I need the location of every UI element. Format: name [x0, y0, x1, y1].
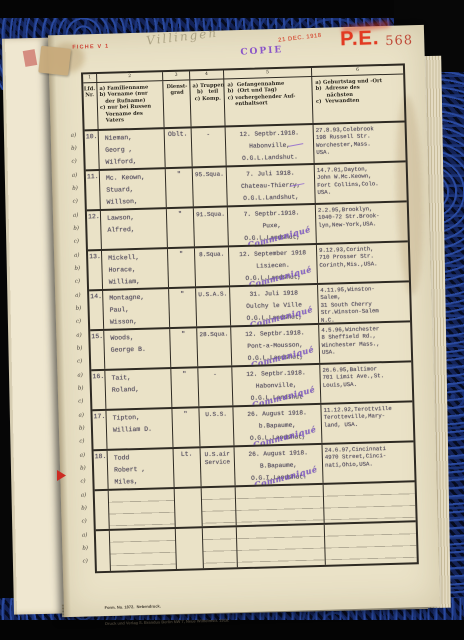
- header-gefangennahme: a) Gefangennahme b) (Ort und Tag) c) vor…: [224, 77, 313, 125]
- margin-label: c): [75, 279, 80, 285]
- margin-label: c): [76, 319, 81, 325]
- cell-capture: 26. August 1918. b.Bapaume, O.G.L.Landsh…: [233, 405, 322, 445]
- handwritten-annotation: Communiqué: [246, 223, 312, 245]
- cell-name: Nieman, Georg , Wilford,: [99, 129, 166, 169]
- table-rows: a)b)c)10.Nieman, Georg , Wilford,Oblt.-1…: [85, 122, 417, 571]
- handwritten-annotation: Communiqué: [253, 463, 319, 485]
- cell-birth: 2.2.95,Brooklyn, 1040-72 Str.Brook- lyn,…: [316, 202, 408, 243]
- cell-empty: [176, 528, 204, 569]
- margin-label: a): [77, 373, 83, 379]
- background-bottom: [0, 620, 464, 640]
- cell-birth: 4.11.95,Winston- Salem, 31 South Cherry …: [318, 282, 410, 323]
- margin-label: a): [82, 532, 88, 538]
- cell-name: Todd Robert , Miles,: [108, 449, 175, 489]
- column-number: 3: [163, 71, 190, 80]
- cell-capture: 31. Juli 1918 Oulchy le Ville O.G.L.Land…: [230, 285, 319, 325]
- cell-empty: [237, 525, 326, 567]
- margin-label: c): [73, 199, 78, 205]
- cell-name: Mc. Keown, Stuard, Willson,: [100, 169, 167, 209]
- margin-label: a): [81, 492, 87, 498]
- row-margin-labels: a)b)c): [77, 371, 90, 409]
- cell-capture: 12. September 1918 Lisiecen. O.G.L.Lands…: [229, 245, 318, 285]
- margin-label: b): [80, 465, 86, 471]
- margin-label: a): [71, 133, 77, 139]
- copie-stamp: COPIE: [240, 45, 283, 58]
- cell-birth: 24.6.97,Cincinnati 4970 Street,Cinci- na…: [322, 442, 414, 483]
- handwritten-annotation: Communiqué: [250, 343, 316, 365]
- margin-label: c): [74, 239, 79, 245]
- cell-capture: 7. Juli 1918. Chateau-Thierry, O.G.L.Lan…: [227, 165, 316, 205]
- margin-label: a): [80, 452, 86, 458]
- cell-empty: [236, 485, 325, 525]
- cell-rank: ": [169, 288, 197, 327]
- handwritten-annotation: Communiqué: [252, 423, 318, 445]
- red-paper-scrap: [23, 49, 38, 67]
- cell-rank: ": [166, 168, 194, 207]
- cell-rank: ": [168, 248, 196, 287]
- cell-number: 11.: [86, 171, 101, 209]
- row-margin-labels: a)b)c): [80, 451, 93, 489]
- cell-number: 18.: [94, 451, 109, 489]
- margin-label: c): [77, 359, 82, 365]
- cell-capture: 12. Septbr.1918. Habonville, O.G.L.Lands…: [232, 365, 321, 405]
- margin-label: b): [78, 386, 84, 392]
- row-margin-labels: a)b)c): [73, 211, 86, 249]
- tape-patch: [38, 46, 71, 76]
- margin-label: c): [78, 399, 83, 405]
- cell-number: 13.: [88, 251, 103, 289]
- margin-label: a): [76, 333, 82, 339]
- cell-capture: 12. Septbr.1918. Pont-a-Mousson, O.G.L.L…: [231, 325, 320, 365]
- row-margin-labels: a)b)c): [82, 531, 95, 571]
- cell-empty: [109, 489, 176, 529]
- cell-capture: 26. August 1918. B.Bapaume, O.G.I.Landsh…: [235, 445, 324, 485]
- date-stamp: 21 DEC. 1918: [278, 33, 322, 44]
- margin-label: b): [73, 226, 79, 232]
- column-number: 1: [83, 74, 97, 82]
- form-印-note: Form. No. 1872. Nebendruck. Druck und Ve…: [98, 597, 230, 632]
- header-geburtstag: a) Geburtstag und -Ort b) Adresse des nä…: [312, 74, 404, 123]
- cell-empty: [95, 491, 110, 529]
- cell-birth: 27.8.93,Colebrook 198 Russell Str. Worch…: [314, 122, 406, 163]
- cell-birth: 26.6.95,Baltimor 701 Limit Ave.,St. Loui…: [320, 362, 412, 403]
- header-dienstgrad: Dienst- grad: [163, 80, 191, 127]
- cell-capture: 12. Septbr.1918. Habonville, O.G.L.Lands…: [226, 125, 315, 165]
- cell-name: Montagne, Paul, Wisson,: [103, 289, 170, 329]
- cell-empty: [203, 527, 238, 568]
- header-name: a) Familienname b) Vorname (nur der Rufn…: [97, 81, 164, 129]
- cell-birth: 11.12.92,Terottville Terotteville,Mary- …: [321, 402, 413, 443]
- cell-unit: U.S.S.: [199, 407, 234, 446]
- margin-label: c): [83, 558, 88, 564]
- cell-rank: ": [172, 408, 200, 447]
- margin-label: b): [79, 425, 85, 431]
- margin-label: b): [82, 545, 88, 551]
- cell-rank: Lt.: [174, 448, 202, 487]
- margin-label: b): [72, 186, 78, 192]
- fiche-stamp: FICHE V 1: [72, 44, 109, 51]
- cell-number: 17.: [92, 411, 107, 449]
- cell-number: 10.: [85, 131, 100, 169]
- margin-label: c): [71, 159, 76, 165]
- cell-unit: 28.Squa.: [197, 327, 232, 366]
- cell-rank: Oblt.: [165, 128, 193, 167]
- cell-unit: -: [198, 367, 233, 406]
- cell-unit: 8.Squa.: [195, 247, 230, 286]
- cell-unit: -: [192, 127, 227, 166]
- cell-empty: [325, 522, 417, 565]
- prisoner-register-table: 1 2 3 4 5 6 Lfd. Nr. a) Familienname b) …: [81, 63, 419, 573]
- row-margin-labels: a)b)c): [75, 291, 88, 329]
- margin-label: a): [72, 173, 78, 179]
- cell-empty: [324, 482, 416, 523]
- margin-label: b): [71, 146, 77, 152]
- margin-label: a): [78, 413, 84, 419]
- margin-label: c): [81, 518, 86, 524]
- cell-number: 15.: [90, 331, 105, 369]
- row-margin-labels: a)b)c): [71, 131, 84, 169]
- margin-label: b): [74, 266, 80, 272]
- row-margin-labels: a)b)c): [74, 251, 87, 289]
- cell-number: 14.: [89, 291, 104, 329]
- purple-scribble: [288, 140, 303, 147]
- cell-birth: 14.7.01,Dayton, John W.Mc.Keown, Fort Co…: [315, 162, 407, 203]
- cell-name: Tipton, William D.: [106, 409, 173, 449]
- margin-label: a): [75, 293, 81, 299]
- cell-empty: [175, 488, 203, 527]
- cell-name: Woods, George B.: [104, 329, 171, 369]
- cell-number: 16.: [91, 371, 106, 409]
- margin-label: b): [81, 505, 87, 511]
- handwritten-annotation: Communiqué: [248, 303, 314, 325]
- cell-birth: 9.12.93,Corinth, 710 Prosser Str. Corint…: [317, 242, 409, 283]
- margin-label: a): [74, 253, 80, 259]
- cell-empty: [110, 529, 177, 571]
- cell-capture: 7. Septbr.1918. Puxe, O.G.L.Landshut,Com…: [228, 205, 317, 245]
- header-truppenteil: a) Truppen- b) teil c) Komp.: [190, 79, 225, 126]
- photographed-ledger-page: FICHE V 1 Villingen COPIE 21 DEC. 1918 P…: [0, 0, 464, 640]
- document-page: FICHE V 1 Villingen COPIE 21 DEC. 1918 P…: [48, 25, 440, 617]
- cell-unit: U.S.A.S.: [196, 287, 231, 326]
- handwritten-annotation: Communiqué: [251, 383, 317, 405]
- cell-birth: 4.5.96,Winchester 8 Sheffield Rd., Winch…: [319, 322, 411, 363]
- margin-label: a): [73, 213, 79, 219]
- row-margin-labels: a)b)c): [81, 491, 94, 529]
- purple-scribble: [289, 180, 304, 187]
- cell-name: Tait, Roland,: [105, 369, 172, 409]
- margin-label: b): [76, 306, 82, 312]
- cell-name: Mickell, Horace, William,: [102, 249, 169, 289]
- page-number-stamp: 568: [385, 33, 413, 49]
- cell-rank: ": [167, 208, 195, 247]
- cell-name: Lawson, Alfred,: [101, 209, 168, 249]
- margin-label: c): [80, 478, 85, 484]
- cell-number: 12.: [87, 211, 102, 249]
- pe-stamp: P.E.: [340, 27, 380, 51]
- row-margin-labels: a)b)c): [72, 171, 85, 209]
- header-lfd-nr: Lfd. Nr.: [83, 83, 98, 129]
- handwritten-annotation: Communiqué: [247, 263, 313, 285]
- cell-empty: [202, 487, 237, 526]
- cell-unit: U.S.air Service: [201, 447, 236, 486]
- cell-rank: ": [171, 368, 199, 407]
- printer-line: Druck und Verlag S. Brandus Berlin NW 7,…: [105, 617, 229, 625]
- margin-label: c): [79, 439, 84, 445]
- row-margin-labels: a)b)c): [76, 331, 89, 369]
- cell-unit: 95.Squa.: [193, 167, 228, 206]
- cell-unit: 91.Squa.: [194, 207, 229, 246]
- cell-rank: ": [170, 328, 198, 367]
- row-margin-labels: a)b)c): [78, 411, 91, 449]
- table-row-empty: a)b)c): [96, 522, 417, 571]
- cell-empty: [96, 531, 111, 571]
- column-number: 4: [190, 70, 224, 79]
- margin-label: b): [77, 346, 83, 352]
- form-number-line: Form. No. 1872. Nebendruck.: [105, 604, 161, 611]
